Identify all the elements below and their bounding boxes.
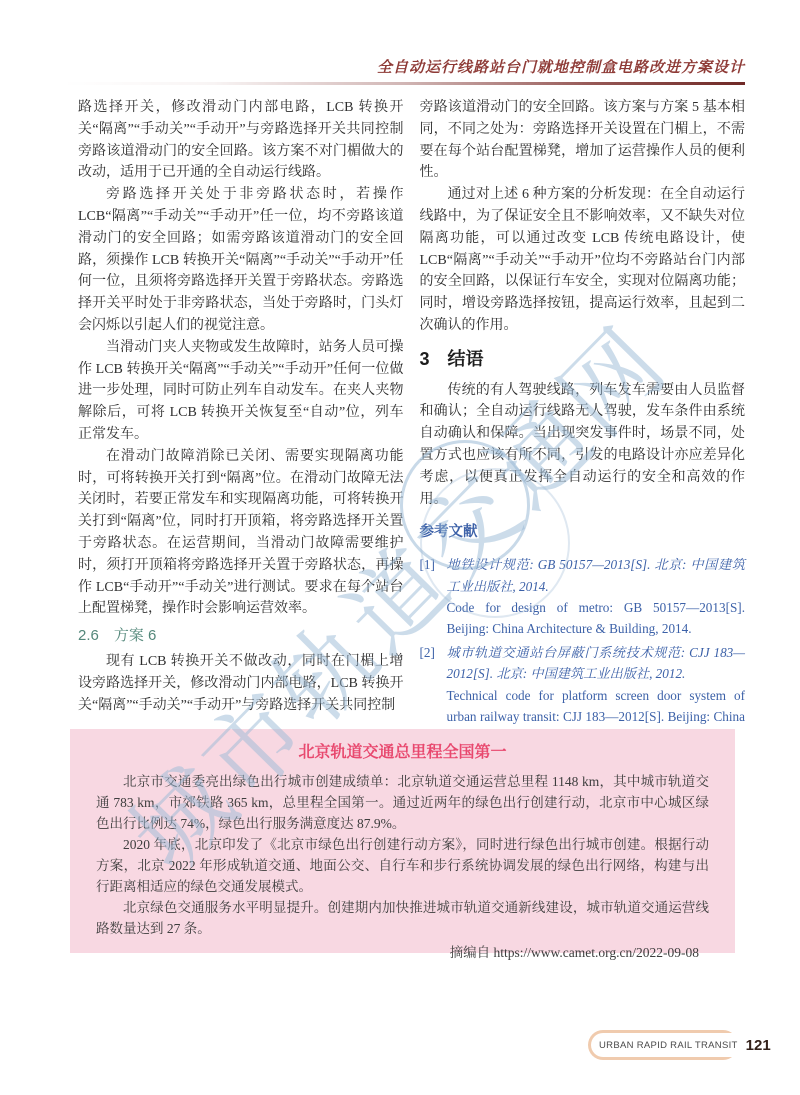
reference-text-zh: 地铁设计规范: GB 50157—2013[S]. 北京: 中国建筑工业出版社,… (447, 554, 746, 597)
journal-page: 全自动运行线路站台门就地控制盒电路改进方案设计 路选择开关，修改滑动门内部电路，… (0, 0, 800, 1095)
paragraph: 旁路选择开关处于非旁路状态时，若操作 LCB“隔离”“手动关”“手动开”任一位，… (78, 184, 404, 337)
paragraph: 通过对上述 6 种方案的分析发现：在全自动运行线路中，为了保证安全且不影响效率，… (420, 184, 746, 337)
column-left: 路选择开关，修改滑动门内部电路，LCB 转换开关“隔离”“手动关”“手动开”与旁… (78, 97, 404, 779)
references-heading: 参考文献 (420, 522, 746, 544)
news-paragraph: 2020 年底，北京印发了《北京市绿色出行创建行动方案》，同时进行绿色出行城市创… (96, 834, 709, 897)
reference-body: 地铁设计规范: GB 50157—2013[S]. 北京: 中国建筑工业出版社,… (447, 554, 746, 640)
article-body: 路选择开关，修改滑动门内部电路，LCB 转换开关“隔离”“手动关”“手动开”与旁… (78, 97, 745, 779)
reference-item: [1] 地铁设计规范: GB 50157—2013[S]. 北京: 中国建筑工业… (420, 554, 746, 640)
section-heading-2-6: 2.6 方案 6 (78, 625, 404, 647)
page-number: 121 (746, 1037, 771, 1054)
paragraph: 旁路该道滑动门的安全回路。该方案与方案 5 基本相同，不同之处为：旁路选择开关设… (420, 97, 746, 184)
header-divider-rule (62, 82, 745, 85)
news-paragraph: 北京市交通委亮出绿色出行城市创建成绩单：北京轨道交通运营总里程 1148 km，… (96, 771, 709, 834)
news-source-link[interactable]: 摘编自 https://www.camet.org.cn/2022-09-08 (96, 942, 709, 963)
reference-text-zh: 城市轨道交通站台屏蔽门系统技术规范: CJJ 183—2012[S]. 北京: … (447, 642, 746, 685)
reference-number: [1] (420, 554, 447, 640)
section-heading-conclusion: 3 结语 (420, 349, 746, 371)
paragraph: 在滑动门故障消除已关闭、需要实现隔离功能时，可将转换开关打到“隔离”位。在滑动门… (78, 446, 404, 620)
column-right: 旁路该道滑动门的安全回路。该方案与方案 5 基本相同，不同之处为：旁路选择开关设… (420, 97, 746, 779)
running-head-title: 全自动运行线路站台门就地控制盒电路改进方案设计 (377, 56, 745, 77)
paragraph: 路选择开关，修改滑动门内部电路，LCB 转换开关“隔离”“手动关”“手动开”与旁… (78, 97, 404, 184)
paragraph: 现有 LCB 转换开关不做改动，同时在门楣上增设旁路选择开关，修改滑动门内部电路… (78, 651, 404, 716)
paragraph: 当滑动门夹人夹物或发生故障时，站务人员可操作 LCB 转换开关“隔离”“手动关”… (78, 337, 404, 446)
news-paragraph: 北京绿色交通服务水平明显提升。创建期内加快推进城市轨道交通新线建设，城市轨道交通… (96, 897, 709, 939)
news-box: 北京轨道交通总里程全国第一 北京市交通委亮出绿色出行城市创建成绩单：北京轨道交通… (70, 729, 735, 953)
reference-text-en: Code for design of metro: GB 50157—2013[… (447, 597, 746, 640)
paragraph: 传统的有人驾驶线路，列车发车需要由人员监督和确认；全自动运行线路无人驾驶，发车条… (420, 380, 746, 511)
footer-pill: URBAN RAPID RAIL TRANSIT 121 (588, 1030, 738, 1060)
news-title: 北京轨道交通总里程全国第一 (96, 742, 709, 763)
journal-name: URBAN RAPID RAIL TRANSIT (591, 1033, 746, 1057)
